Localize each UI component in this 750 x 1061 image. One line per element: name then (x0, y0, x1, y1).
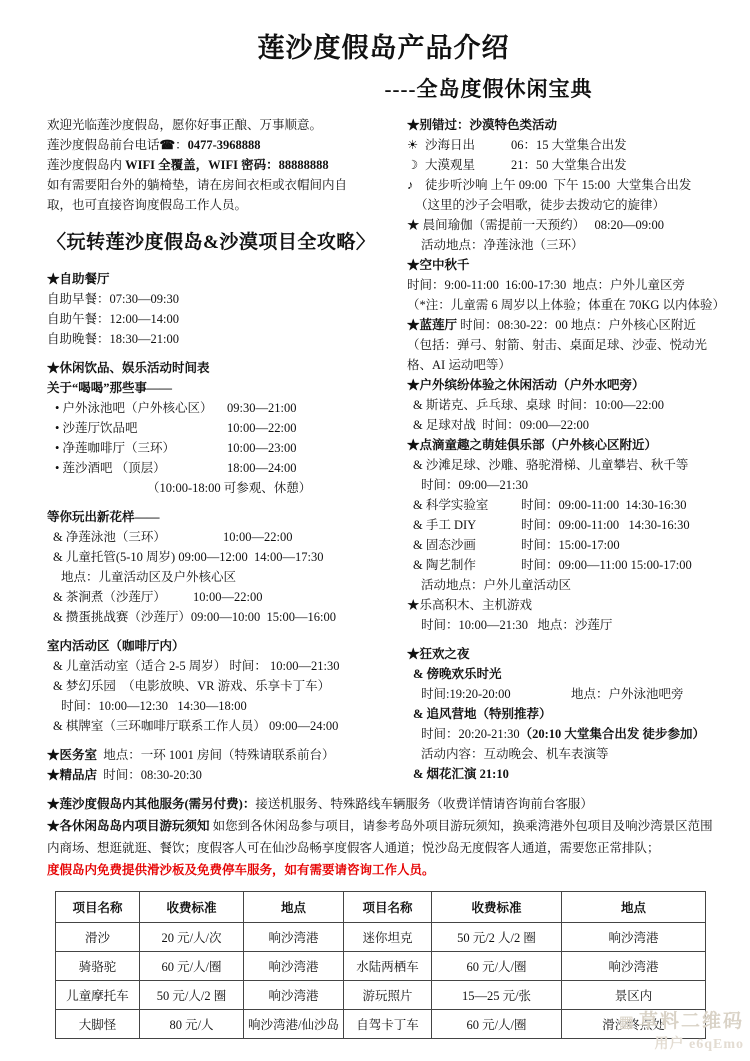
text-line: ★狂欢之夜 (407, 644, 720, 664)
text-segment: 等你玩出新花样—— (47, 510, 160, 524)
text-line: 取，也可直接咨询度假岛工作人员。 (47, 195, 391, 215)
text-segment: & 儿童托管(5-10 周岁) 09:00—12:00 14:00—17:30 (53, 550, 323, 564)
moon-icon: ☽ (407, 155, 425, 175)
text-line: ★各休闲岛岛内项目游玩须知 如您到各休闲岛参与项目，请参考岛外项目游玩须知，换乘… (47, 815, 720, 859)
watermark-user: 用户 e6qEmo (619, 1033, 744, 1053)
text-line: & 斯诺克、乒乓球、桌球 时间：10:00—22:00 (413, 395, 720, 415)
notes-section: ★莲沙度假岛内其他服务(需另付费)：接送机服务、特殊路线车辆服务（收费详情请咨询… (47, 793, 720, 881)
text-line: 时间：09:00—21:30 (421, 475, 720, 495)
text-segment: • 沙莲厅饮品吧 (55, 418, 227, 438)
text-segment: 时间：09:00—21:30 (421, 478, 528, 492)
table-row: 儿童摩托车50 元/人/2 圈响沙湾港游玩照片15—25 元/张景区内 (56, 981, 706, 1010)
text-segment: 时间：09:00-11:00 14:30-16:30 (521, 498, 687, 512)
section-heading: 〈玩转莲沙度假岛&沙漠项目全攻略〉 (47, 228, 391, 258)
text-segment: & 儿童活动室（适合 2-5 周岁） 时间： 10:00—21:30 (53, 659, 339, 673)
text-line: 活动地点：户外儿童活动区 (421, 575, 720, 595)
text-segment: & 追风营地（特别推荐） (413, 707, 552, 721)
table-header-cell: 地点 (244, 892, 344, 923)
text-segment: （这里的沙子会唱歌，徒步去拨动它的旋律） (415, 198, 665, 212)
table-cell: 水陆两栖车 (344, 952, 432, 981)
table-cell: 大脚怪 (56, 1010, 140, 1039)
text-line: ☽大漠观星21：50 大堂集合出发 (407, 155, 720, 175)
text-segment: & 棋牌室（三环咖啡厅联系工作人员） 09:00—24:00 (53, 719, 338, 733)
text-line: （包括：弹弓、射箭、射击、桌面足球、沙壶、悦动光 (407, 335, 720, 355)
table-cell: 滑沙 (56, 923, 140, 952)
text-line: 关于“喝喝”那些事—— (47, 378, 391, 398)
table-cell: 60 元/人/圈 (432, 1010, 562, 1039)
table-cell: 80 元/人 (140, 1010, 244, 1039)
text-segment: 时间：08:30-20:30 (97, 768, 202, 782)
text-segment: （20:10 大堂集合出发 徒步参加） (520, 727, 705, 741)
table-row: 滑沙20 元/人/次响沙湾港迷你坦克50 元/2 人/2 圈响沙湾港 (56, 923, 706, 952)
text-segment: 09:30—21:00 (227, 401, 296, 415)
text-segment: 如有需要阳台外的躺椅垫，请在房间衣柜或衣帽间内自 (47, 178, 347, 192)
text-segment: & 烟花汇演 21:10 (413, 767, 509, 781)
text-line: & 梦幻乐园 （电影放映、VR 游戏、乐享卡丁车） (53, 676, 391, 696)
table-header-cell: 项目名称 (56, 892, 140, 923)
page-subtitle: ----全岛度假休闲宝典 (47, 73, 720, 103)
text-line: 如有需要阳台外的躺椅垫，请在房间衣柜或衣帽间内自 (47, 175, 391, 195)
table-cell: 自驾卡丁车 (344, 1010, 432, 1039)
text-segment: 大漠观星 (425, 155, 511, 175)
text-segment: 地点：一环 1001 房间（特殊请联系前台） (97, 748, 335, 762)
text-segment: & 傍晚欢乐时光 (413, 667, 502, 681)
watermark-brand: ▦草料二维码 (619, 1006, 744, 1033)
table-cell: 响沙湾港 (244, 981, 344, 1010)
text-segment: 活动地点：净莲泳池（三环） (421, 238, 584, 252)
text-line: • 户外泳池吧（户外核心区）09:30—21:00 (55, 398, 391, 418)
text-segment: 10:00—22:00 (227, 421, 296, 435)
text-segment: • 净莲咖啡厅（三环） (55, 438, 227, 458)
text-segment: 21：50 大堂集合出发 (511, 158, 627, 172)
table-header-cell: 地点 (562, 892, 706, 923)
text-segment: 10:00—23:00 (227, 441, 296, 455)
text-segment: ★各休闲岛岛内项目游玩须知 (47, 819, 210, 833)
text-segment: ★莲沙度假岛内其他服务(需另付费)： (47, 797, 255, 811)
text-segment: & 科学实验室 (413, 495, 521, 515)
text-segment: 时间：10:00—12:30 14:30—18:00 (61, 699, 247, 713)
text-line: ★休闲饮品、娱乐活动时间表 (47, 358, 391, 378)
text-segment: & 梦幻乐园 （电影放映、VR 游戏、乐享卡丁车） (53, 679, 330, 693)
text-line: 时间:19:20-20:00地点：户外泳池吧旁 (421, 684, 720, 704)
text-line: ★莲沙度假岛内其他服务(需另付费)：接送机服务、特殊路线车辆服务（收费详情请咨询… (47, 793, 720, 815)
table-cell: 响沙湾港 (562, 923, 706, 952)
text-segment: • 户外泳池吧（户外核心区） (55, 398, 227, 418)
text-segment: （10:00-18:00 可参观、休憩） (147, 481, 311, 495)
text-line: ★点滴童趣之萌娃俱乐部（户外核心区附近） (407, 435, 720, 455)
text-line: 地点：儿童活动区及户外核心区 (61, 567, 391, 587)
text-segment: 关于“喝喝”那些事—— (47, 381, 172, 395)
spacer (47, 215, 391, 224)
text-segment: 〈玩转莲沙度假岛&沙漠项目全攻略〉 (47, 232, 375, 253)
table-header-cell: 项目名称 (344, 892, 432, 923)
text-line: • 莲沙酒吧 （顶层）18:00—24:00 (55, 458, 391, 478)
spacer (47, 260, 391, 269)
text-segment: & 陶艺制作 (413, 555, 521, 575)
text-segment: & 茶涧煮（沙莲厅） (53, 587, 193, 607)
table-header-cell: 收费标准 (432, 892, 562, 923)
text-segment: ★乐高积木、主机游戏 (407, 598, 532, 612)
text-segment: ★蓝莲厅 (407, 318, 457, 332)
text-segment: ★ 晨间瑜伽（需提前一天预约） 08:20—09:00 (407, 218, 664, 232)
spacer (47, 736, 391, 745)
text-line: 时间：20:20-21:30（20:10 大堂集合出发 徒步参加） (421, 724, 720, 744)
text-line: & 棋牌室（三环咖啡厅联系工作人员） 09:00—24:00 (53, 716, 391, 736)
text-line: ★ 晨间瑜伽（需提前一天预约） 08:20—09:00 (407, 215, 720, 235)
text-line: 自助晚餐：18:30—21:00 (47, 329, 391, 349)
spacer (407, 635, 720, 644)
text-segment: ★空中秋千 (407, 258, 470, 272)
table-cell: 骑骆驼 (56, 952, 140, 981)
text-line: ★户外缤纷体验之休闲活动（户外水吧旁） (407, 375, 720, 395)
text-line: ★别错过：沙漠特色类活动 (407, 115, 720, 135)
text-segment: & 斯诺克、乒乓球、桌球 时间：10:00—22:00 (413, 398, 664, 412)
table-cell: 响沙湾港/仙沙岛 (244, 1010, 344, 1039)
text-segment: 徒步听沙响 上午 09:00 下午 15:00 大堂集合出发 (425, 178, 691, 192)
text-segment: 取，也可直接咨询度假岛工作人员。 (47, 198, 247, 212)
text-segment: 活动地点：户外儿童活动区 (421, 578, 571, 592)
text-line: 格、AI 运动吧等） (407, 355, 720, 375)
two-column-body: 欢迎光临莲沙度假岛，愿你好事正酿、万事顺意。莲沙度假岛前台电话☎：0477-39… (47, 115, 720, 785)
text-segment: 时间：10:00—21:30 地点：沙莲厅 (421, 618, 612, 632)
text-line: 时间：10:00—21:30 地点：沙莲厅 (421, 615, 720, 635)
table-cell: 60 元/人/圈 (432, 952, 562, 981)
table-cell: 50 元/2 人/2 圈 (432, 923, 562, 952)
text-line: ★医务室 地点：一环 1001 房间（特殊请联系前台） (47, 745, 391, 765)
qr-icon: ▦ (619, 1014, 636, 1031)
text-line: 自助午餐：12:00—14:00 (47, 309, 391, 329)
left-column: 欢迎光临莲沙度假岛，愿你好事正酿、万事顺意。莲沙度假岛前台电话☎：0477-39… (47, 115, 391, 785)
text-line: 欢迎光临莲沙度假岛，愿你好事正酿、万事顺意。 (47, 115, 391, 135)
text-segment: 时间：08:30-22：00 地点：户外核心区附近 (457, 318, 696, 332)
text-line: & 儿童托管(5-10 周岁) 09:00—12:00 14:00—17:30 (53, 547, 391, 567)
text-segment: 自助早餐：07:30—09:30 (47, 292, 179, 306)
text-segment: & 手工 DIY (413, 515, 521, 535)
text-segment: 莲沙度假岛内 (47, 158, 125, 172)
text-line: & 烟花汇演 21:10 (413, 764, 720, 784)
text-line: & 攒蛋挑战赛（沙莲厅）09:00—10:00 15:00—16:00 (53, 607, 391, 627)
table-cell: 响沙湾港 (562, 952, 706, 981)
text-line: （*注：儿童需 6 周岁以上体验；体重在 70KG 以内体验） (407, 295, 720, 315)
table-cell: 迷你坦克 (344, 923, 432, 952)
text-line: （这里的沙子会唱歌，徒步去拨动它的旋律） (415, 195, 720, 215)
text-segment: 活动内容：互动晚会、机车表演等 (421, 747, 609, 761)
text-line: & 手工 DIY时间：09:00-11:00 14:30-16:30 (413, 515, 720, 535)
text-segment: 10:00—22:00 (223, 530, 292, 544)
text-line: & 足球对战 时间：09:00—22:00 (413, 415, 720, 435)
text-line: & 追风营地（特别推荐） (413, 704, 720, 724)
text-segment: 时间：15:00-17:00 (521, 538, 620, 552)
music-note-icon: ♪ (407, 175, 425, 195)
text-segment: 时间:19:20-20:00 (421, 684, 571, 704)
text-line: • 净莲咖啡厅（三环）10:00—23:00 (55, 438, 391, 458)
table-header-row: 项目名称收费标准地点项目名称收费标准地点 (56, 892, 706, 923)
text-segment: 室内活动区（咖啡厅内） (47, 639, 185, 653)
text-line: ★蓝莲厅 时间：08:30-22：00 地点：户外核心区附近 (407, 315, 720, 335)
text-segment: ★点滴童趣之萌娃俱乐部（户外核心区附近） (407, 438, 657, 452)
text-segment: 时间：09:00-11:00 14:30-16:30 (521, 518, 690, 532)
table-cell: 50 元/人/2 圈 (140, 981, 244, 1010)
text-line: & 傍晚欢乐时光 (413, 664, 720, 684)
text-segment: & 固态沙画 (413, 535, 521, 555)
text-line: 度假岛内免费提供滑沙板及免费停车服务，如有需要请咨询工作人员。 (47, 859, 720, 881)
text-segment: （包括：弹弓、射箭、射击、桌面足球、沙壶、悦动光 (407, 338, 707, 352)
text-segment: & 净莲泳池（三环） (53, 527, 223, 547)
text-segment: 欢迎光临莲沙度假岛，愿你好事正酿、万事顺意。 (47, 118, 322, 132)
text-segment: 时间：09:00—11:00 15:00-17:00 (521, 558, 692, 572)
text-line: 莲沙度假岛前台电话☎：0477-3968888 (47, 135, 391, 155)
text-segment: 10:00—22:00 (193, 590, 262, 604)
text-segment: & 沙滩足球、沙雕、骆驼滑梯、儿童攀岩、秋千等 (413, 458, 688, 472)
page-title: 莲沙度假岛产品介绍 (47, 26, 720, 65)
text-line: 活动内容：互动晚会、机车表演等 (421, 744, 720, 764)
table-row: 骑骆驼60 元/人/圈响沙湾港水陆两栖车60 元/人/圈响沙湾港 (56, 952, 706, 981)
text-segment: 沙海日出 (425, 135, 511, 155)
text-line: ★自助餐厅 (47, 269, 391, 289)
text-segment: 0477-3968888 (188, 138, 261, 152)
text-line: ★空中秋千 (407, 255, 720, 275)
text-segment: 度假岛内免费提供滑沙板及免费停车服务，如有需要请咨询工作人员。 (47, 863, 435, 877)
table-header-cell: 收费标准 (140, 892, 244, 923)
text-line: 室内活动区（咖啡厅内） (47, 636, 391, 656)
table-cell: 20 元/人/次 (140, 923, 244, 952)
text-line: 自助早餐：07:30—09:30 (47, 289, 391, 309)
text-segment: 格、AI 运动吧等） (407, 358, 511, 372)
text-line: ♪徒步听沙响 上午 09:00 下午 15:00 大堂集合出发 (407, 175, 720, 195)
text-segment: ★精品店 (47, 768, 97, 782)
text-line: & 沙滩足球、沙雕、骆驼滑梯、儿童攀岩、秋千等 (413, 455, 720, 475)
table-row: 大脚怪80 元/人响沙湾港/仙沙岛自驾卡丁车60 元/人/圈滑沙终点处 (56, 1010, 706, 1039)
text-segment: ★狂欢之夜 (407, 647, 470, 661)
table-cell: 儿童摩托车 (56, 981, 140, 1010)
text-segment: ★别错过：沙漠特色类活动 (407, 118, 557, 132)
text-line: ★乐高积木、主机游戏 (407, 595, 720, 615)
text-line: ★精品店 时间：08:30-20:30 (47, 765, 391, 785)
text-line: & 儿童活动室（适合 2-5 周岁） 时间： 10:00—21:30 (53, 656, 391, 676)
text-line: & 固态沙画时间：15:00-17:00 (413, 535, 720, 555)
text-segment: ★户外缤纷体验之休闲活动（户外水吧旁） (407, 378, 645, 392)
text-segment: 18:00—24:00 (227, 461, 296, 475)
text-line: ☀沙海日出06：15 大堂集合出发 (407, 135, 720, 155)
sun-icon: ☀ (407, 135, 425, 155)
text-segment: 地点：儿童活动区及户外核心区 (61, 570, 236, 584)
text-segment: 接送机服务、特殊路线车辆服务（收费详情请咨询前台客服） (255, 797, 593, 811)
text-segment: 莲沙度假岛前台电话 (47, 138, 160, 152)
text-line: • 沙莲厅饮品吧10:00—22:00 (55, 418, 391, 438)
spacer (47, 627, 391, 636)
text-line: & 科学实验室时间：09:00-11:00 14:30-16:30 (413, 495, 720, 515)
text-segment: 时间：9:00-11:00 16:00-17:30 地点：户外儿童区旁 (407, 278, 685, 292)
text-line: 时间：9:00-11:00 16:00-17:30 地点：户外儿童区旁 (407, 275, 720, 295)
text-segment: ★医务室 (47, 748, 97, 762)
text-line: （10:00-18:00 可参观、休憩） (147, 478, 391, 498)
text-segment: ★自助餐厅 (47, 272, 110, 286)
table-cell: 15—25 元/张 (432, 981, 562, 1010)
text-segment: 自助晚餐：18:30—21:00 (47, 332, 179, 346)
text-segment: WIFI 全覆盖，WIFI 密码：88888888 (125, 158, 328, 172)
document-page: 莲沙度假岛产品介绍 ----全岛度假休闲宝典 欢迎光临莲沙度假岛，愿你好事正酿、… (0, 0, 750, 1039)
text-segment: & 攒蛋挑战赛（沙莲厅）09:00—10:00 15:00—16:00 (53, 610, 336, 624)
text-segment: • 莲沙酒吧 （顶层） (55, 458, 227, 478)
table-cell: 60 元/人/圈 (140, 952, 244, 981)
text-segment: ： (175, 138, 188, 152)
spacer (47, 349, 391, 358)
right-column: ★别错过：沙漠特色类活动☀沙海日出06：15 大堂集合出发☽大漠观星21：50 … (407, 115, 720, 785)
watermark-brand-text: 草料二维码 (639, 1011, 744, 1032)
spacer (47, 498, 391, 507)
phone-icon: ☎ (160, 138, 176, 152)
text-line: & 陶艺制作时间：09:00—11:00 15:00-17:00 (413, 555, 720, 575)
text-line: 活动地点：净莲泳池（三环） (421, 235, 720, 255)
text-segment: 06：15 大堂集合出发 (511, 138, 627, 152)
text-line: 时间：10:00—12:30 14:30—18:00 (61, 696, 391, 716)
watermark: ▦草料二维码 用户 e6qEmo (619, 1006, 744, 1053)
table-cell: 响沙湾港 (244, 923, 344, 952)
text-segment: 时间：20:20-21:30 (421, 727, 520, 741)
text-segment: & 足球对战 时间：09:00—22:00 (413, 418, 589, 432)
table-cell: 响沙湾港 (244, 952, 344, 981)
text-segment: 地点：户外泳池吧旁 (571, 687, 684, 701)
fee-table: 项目名称收费标准地点项目名称收费标准地点 滑沙20 元/人/次响沙湾港迷你坦克5… (55, 891, 706, 1039)
text-segment: （*注：儿童需 6 周岁以上体验；体重在 70KG 以内体验） (407, 298, 725, 312)
text-line: 莲沙度假岛内 WIFI 全覆盖，WIFI 密码：88888888 (47, 155, 391, 175)
text-segment: 自助午餐：12:00—14:00 (47, 312, 179, 326)
text-line: & 茶涧煮（沙莲厅）10:00—22:00 (53, 587, 391, 607)
table-cell: 游玩照片 (344, 981, 432, 1010)
text-line: & 净莲泳池（三环）10:00—22:00 (53, 527, 391, 547)
text-segment: ★休闲饮品、娱乐活动时间表 (47, 361, 210, 375)
text-line: 等你玩出新花样—— (47, 507, 391, 527)
